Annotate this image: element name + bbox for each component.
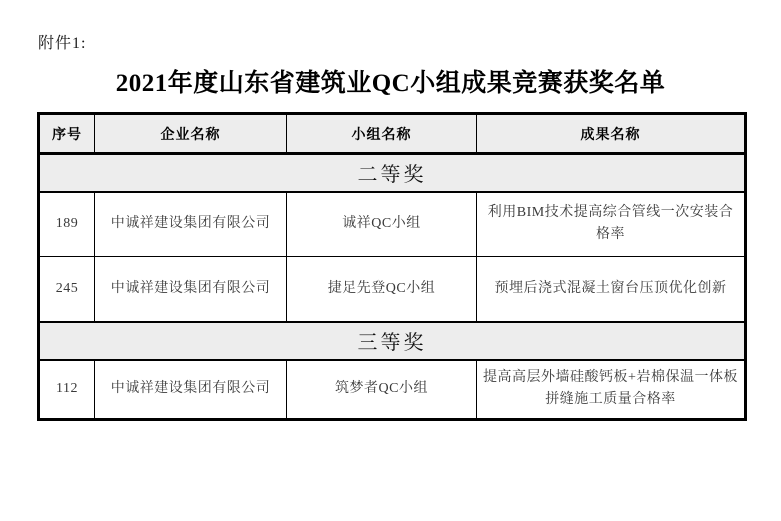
attachment-label: 附件1: [38,30,86,53]
section-row-second-prize: 二等奖 [39,154,746,192]
column-header-serial: 序号 [39,114,95,154]
cell-achievement: 提高高层外墙硅酸钙板+岩棉保温一体板拼缝施工质量合格率 [477,360,746,420]
table-row: 189 中诚祥建设集团有限公司 诚祥QC小组 利用BIM技术提高综合管线一次安装… [39,192,746,257]
cell-company: 中诚祥建设集团有限公司 [95,257,287,322]
cell-serial: 112 [39,360,95,420]
cell-achievement: 利用BIM技术提高综合管线一次安装合格率 [477,192,746,257]
column-header-company: 企业名称 [95,114,287,154]
cell-serial: 245 [39,257,95,322]
cell-group: 筑梦者QC小组 [287,360,477,420]
cell-serial: 189 [39,192,95,257]
column-header-group: 小组名称 [287,114,477,154]
section-row-third-prize: 三等奖 [39,322,746,360]
column-header-achievement: 成果名称 [477,114,746,154]
section-label-third-prize: 三等奖 [39,322,746,360]
award-table: 序号 企业名称 小组名称 成果名称 二等奖 189 中诚祥建设集团有限公司 诚祥… [37,112,747,421]
cell-achievement: 预埋后浇式混凝土窗台压顶优化创新 [477,257,746,322]
cell-company: 中诚祥建设集团有限公司 [95,360,287,420]
page-title: 2021年度山东省建筑业QC小组成果竞赛获奖名单 [0,63,781,99]
table-header: 序号 企业名称 小组名称 成果名称 [39,114,746,154]
cell-group: 捷足先登QC小组 [287,257,477,322]
table-row: 112 中诚祥建设集团有限公司 筑梦者QC小组 提高高层外墙硅酸钙板+岩棉保温一… [39,360,746,420]
table-row: 245 中诚祥建设集团有限公司 捷足先登QC小组 预埋后浇式混凝土窗台压顶优化创… [39,257,746,322]
document-page: 附件1: 2021年度山东省建筑业QC小组成果竞赛获奖名单 序号 企业名称 小组… [0,0,781,521]
table-header-row: 序号 企业名称 小组名称 成果名称 [39,114,746,154]
section-label-second-prize: 二等奖 [39,154,746,192]
cell-company: 中诚祥建设集团有限公司 [95,192,287,257]
cell-group: 诚祥QC小组 [287,192,477,257]
